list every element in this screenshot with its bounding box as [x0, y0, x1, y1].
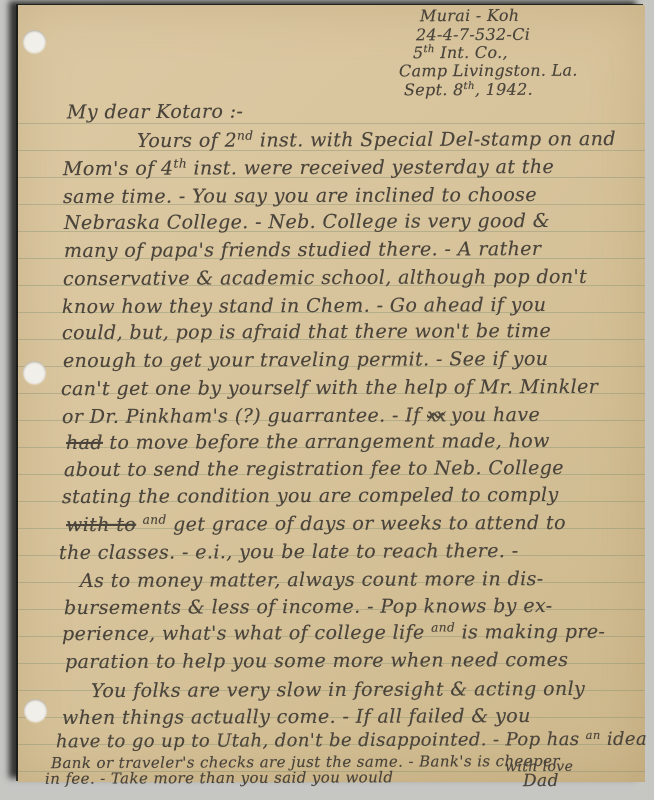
letter-heading-line: 5th Int. Co.,	[413, 43, 508, 62]
letter-signature-line: Dad	[523, 771, 559, 791]
letter-body-line: had to move before the arrangement made,…	[66, 430, 550, 454]
letter-body-line: the classes. - e.i., you be late to reac…	[59, 540, 519, 564]
letter-heading-line: Murai - Koh	[420, 6, 519, 25]
letter-body-line: Nebraska College. - Neb. College is very…	[64, 210, 550, 234]
letter-heading-line: 24-4-7-532-Ci	[416, 25, 530, 44]
letter-heading-line: Camp Livingston. La.	[399, 61, 578, 81]
letter-body-line: have to go up to Utah, don't be disappoi…	[56, 729, 647, 753]
letter-body-line: know how they stand in Chem. - Go ahead …	[62, 294, 546, 318]
letter-body-line: or Dr. Pinkham's (?) guarrantee. - If xx…	[62, 404, 540, 428]
letter-body-line: when things actually come. - If all fail…	[62, 705, 531, 729]
letter-body-line: could, but, pop is afraid that there won…	[62, 320, 551, 344]
letter-body-line: Mom's of 4th inst. were received yesterd…	[63, 156, 554, 180]
letter-body-line: conservative & academic school, although…	[63, 266, 587, 290]
scanned-letter: Murai - Koh24-4-7-532-Ci5th Int. Co.,Cam…	[0, 0, 654, 800]
letter-body-line: enough to get your traveling permit. - S…	[63, 348, 548, 372]
letter-body-line: about to send the registration fee to Ne…	[64, 457, 564, 481]
letter-body-line: As to money matter, always count more in…	[80, 568, 544, 592]
letter-body-line: same time. - You say you are inclined to…	[63, 184, 537, 208]
letter-body-line: bursements & less of income. - Pop knows…	[64, 595, 553, 619]
letter-body-line: My dear Kotaro :-	[67, 101, 243, 124]
letter-body-line: can't get one by yourself with the help …	[61, 376, 598, 400]
letter-body-line: paration to help you some more when need…	[65, 649, 568, 673]
letter-body-line: many of papa's friends studied there. - …	[64, 238, 541, 262]
letter-body-line: Yours of 2nd inst. with Special Del-stam…	[137, 128, 616, 152]
letter-body-line: You folks are very slow in foresight & a…	[91, 678, 585, 702]
letter-heading-line: Sept. 8th, 1942.	[404, 80, 533, 100]
letter-body-line: perience, what's what of college life an…	[62, 621, 605, 645]
hole-punch-top	[23, 30, 46, 53]
letter-body-line: in fee. - Take more than you said you wo…	[45, 768, 393, 788]
letter-body-line: with to and get grace of days or weeks t…	[66, 512, 566, 536]
letter-body-line: stating the condition you are compeled t…	[62, 484, 559, 508]
hole-punch-bottom	[24, 699, 47, 722]
hole-punch-middle	[23, 361, 46, 384]
